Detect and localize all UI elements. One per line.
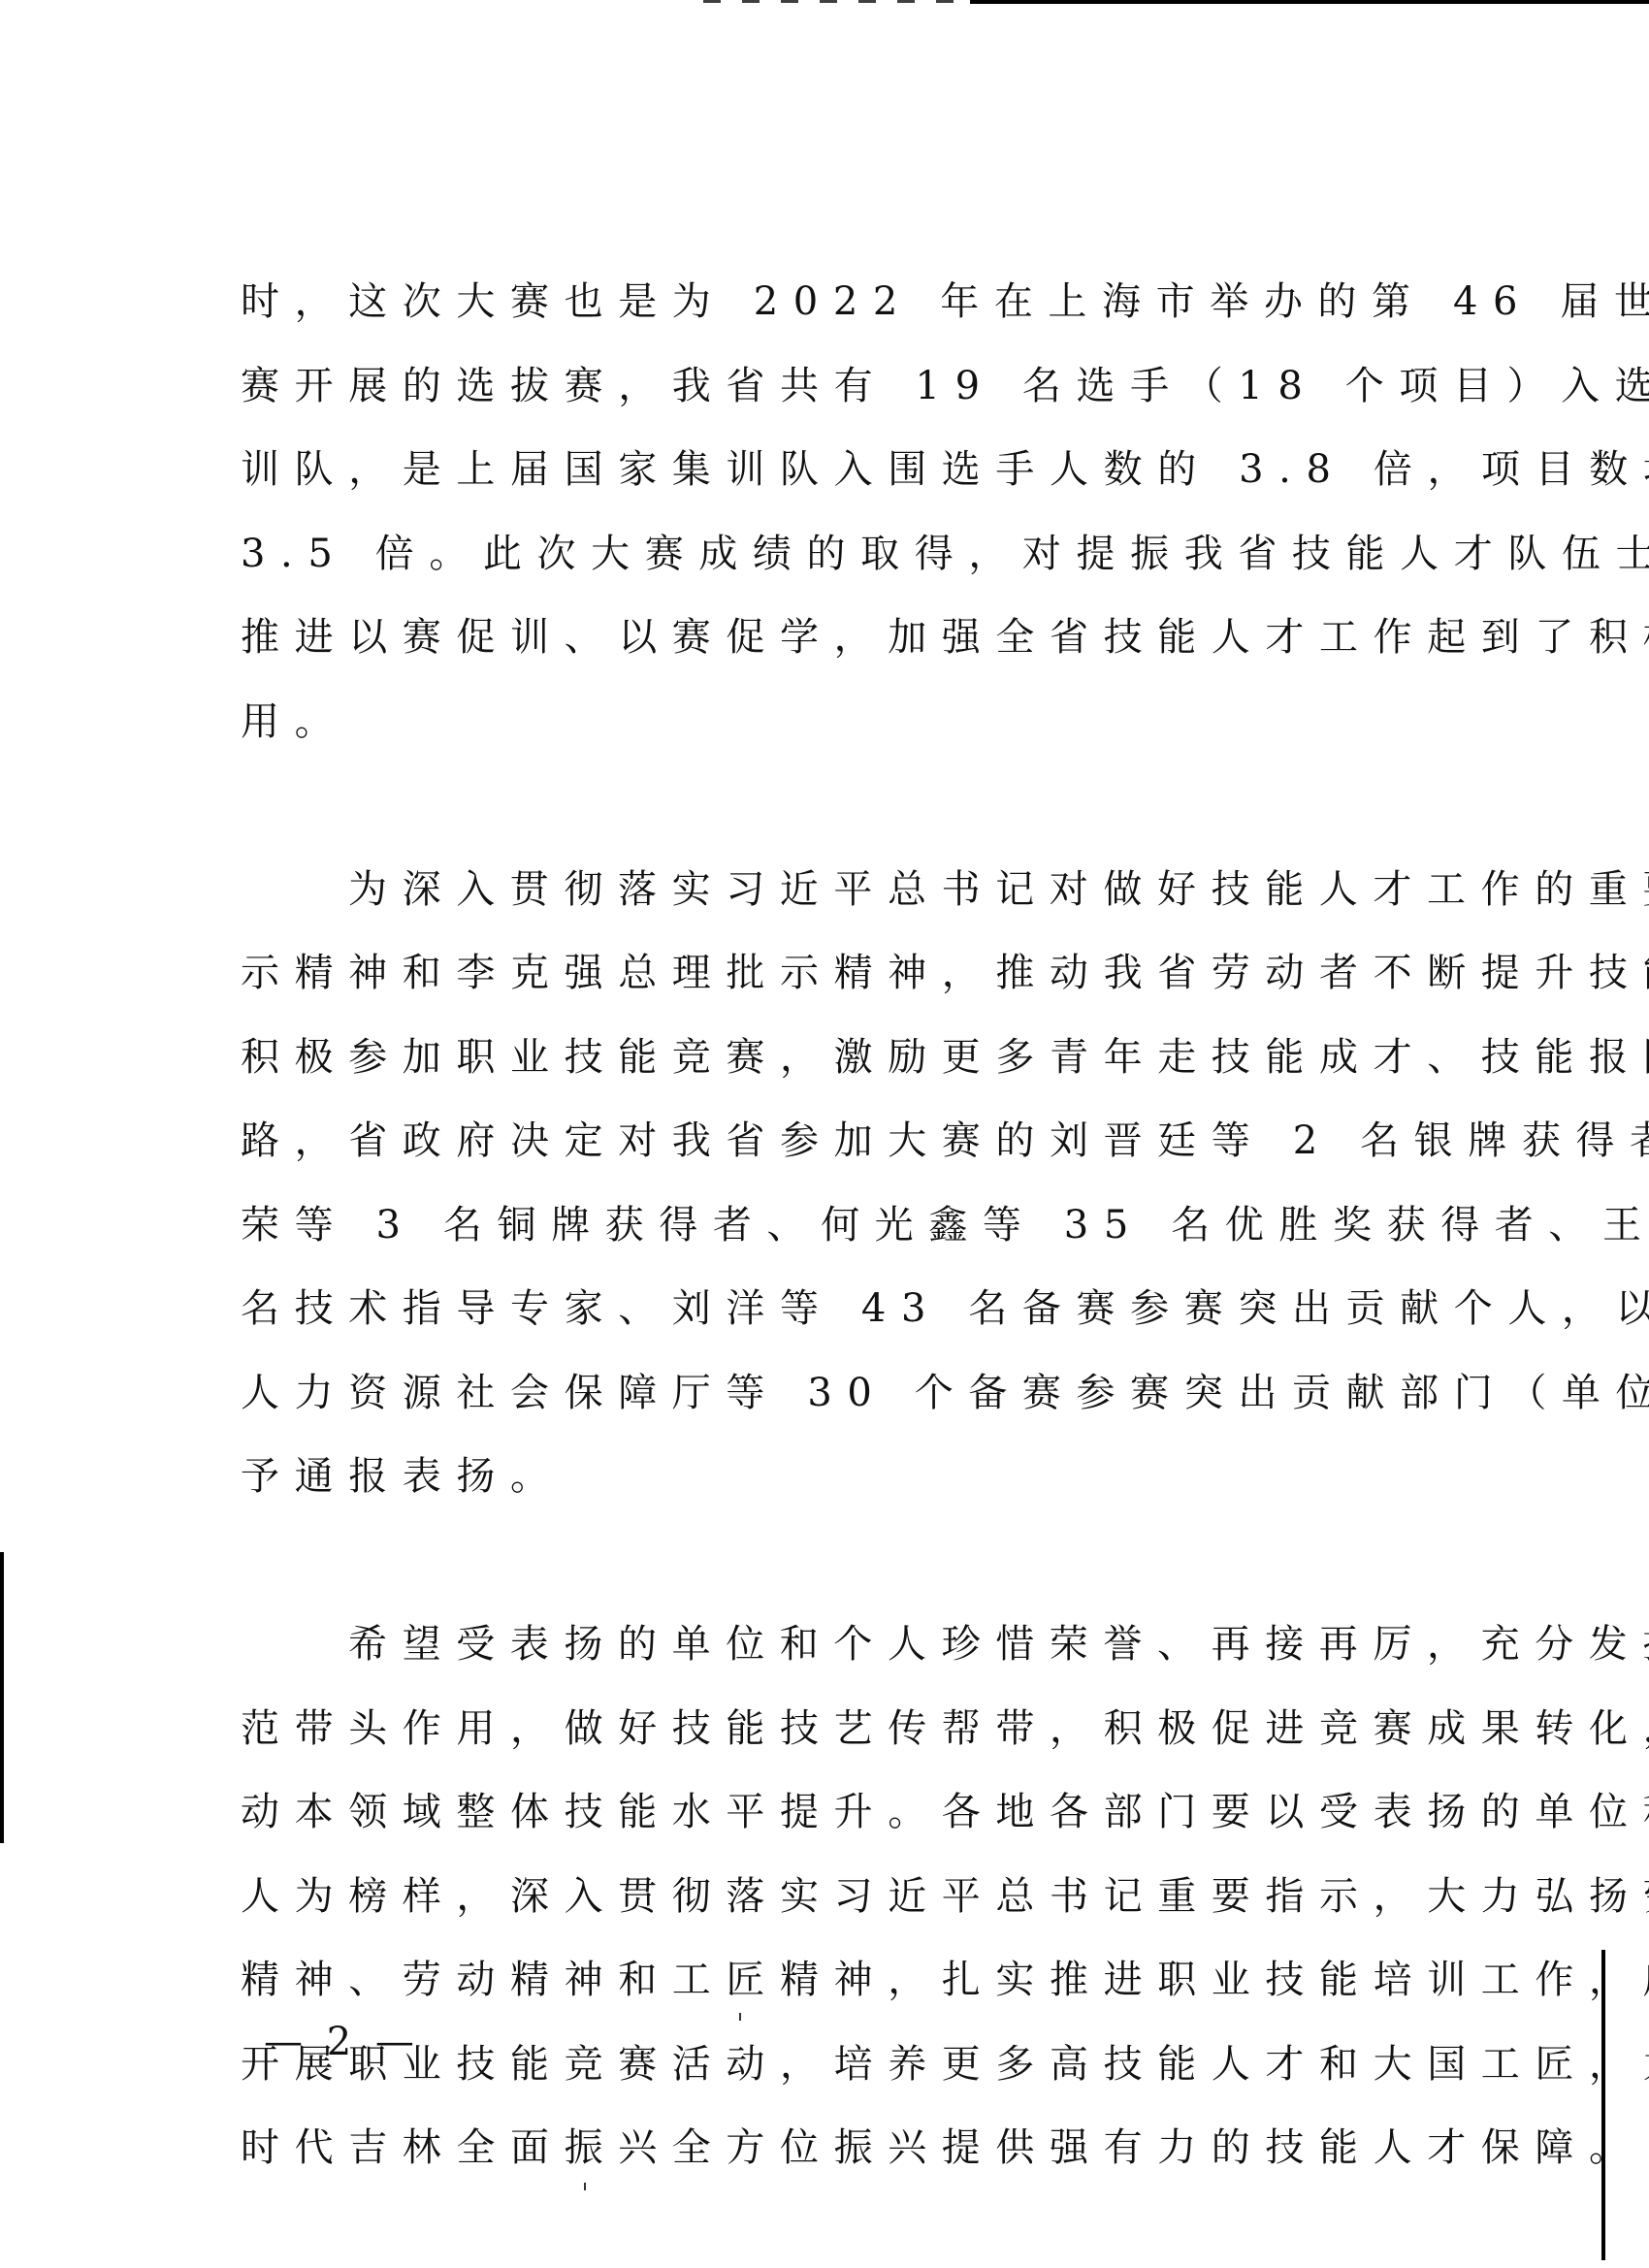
text-line: 推进以赛促训、以赛促学，加强全省技能人才工作起到了积极作 <box>241 596 1436 680</box>
text-line: 训队，是上届国家集训队入围选手人数的 3.8 倍，项目数增加了 <box>241 428 1436 512</box>
paragraph-3: 希望受表扬的单位和个人珍惜荣誉、再接再厉，充分发挥示 范带头作用，做好技能技艺传… <box>241 1603 1436 2190</box>
text-line: 荣等 3 名铜牌获得者、何光鑫等 35 名优胜奖获得者、王壮等 33 <box>241 1183 1436 1268</box>
text-line: 积极参加职业技能竞赛，激励更多青年走技能成才、技能报国之 <box>241 1016 1436 1100</box>
text-line: 人力资源社会保障厅等 30 个备赛参赛突出贡献部门（单位）给 <box>241 1351 1436 1436</box>
document-body: 时，这次大赛也是为 2022 年在上海市举办的第 46 届世界技能大 赛开展的选… <box>241 260 1436 2190</box>
text-line: 赛开展的选拔赛，我省共有 19 名选手（18 个项目）入选国家集 <box>241 344 1436 429</box>
text-line: 为深入贯彻落实习近平总书记对做好技能人才工作的重要指 <box>241 848 1436 932</box>
text-line: 范带头作用，做好技能技艺传帮带，积极促进竞赛成果转化，推 <box>241 1687 1436 1771</box>
paragraph-2: 为深入贯彻落实习近平总书记对做好技能人才工作的重要指 示精神和李克强总理批示精神… <box>241 848 1436 1519</box>
text-line: 予通报表扬。 <box>241 1435 1436 1519</box>
paragraph-1: 时，这次大赛也是为 2022 年在上海市举办的第 46 届世界技能大 赛开展的选… <box>241 260 1436 763</box>
text-line: 名技术指导专家、刘洋等 43 名备赛参赛突出贡献个人，以及省 <box>241 1267 1436 1351</box>
text-line: 时，这次大赛也是为 2022 年在上海市举办的第 46 届世界技能大 <box>241 260 1436 344</box>
text-line: 示精神和李克强总理批示精神，推动我省劳动者不断提升技能、 <box>241 931 1436 1016</box>
text-line: 3.5 倍。此次大赛成绩的取得，对提振我省技能人才队伍士气， <box>241 512 1436 597</box>
scan-artifact-top-bar <box>970 0 1649 4</box>
scan-artifact-left-edge <box>0 1552 4 1843</box>
scan-artifact-top-fragments <box>703 0 970 3</box>
text-line: 路，省政府决定对我省参加大赛的刘晋廷等 2 名银牌获得者、黄 <box>241 1099 1436 1183</box>
text-line: 用。 <box>241 680 1436 764</box>
text-line: 人为榜样，深入贯彻落实习近平总书记重要指示，大力弘扬劳模 <box>241 1855 1436 1939</box>
text-line: 动本领域整体技能水平提升。各地各部门要以受表扬的单位和个 <box>241 1770 1436 1855</box>
page-number: — 2 — <box>264 2020 420 2064</box>
text-line: 时代吉林全面振兴全方位振兴提供强有力的技能人才保障。 <box>241 2106 1436 2190</box>
text-line: 精神、劳动精神和工匠精神，扎实推进职业技能培训工作，广泛 <box>241 1938 1436 2023</box>
text-line: 希望受表扬的单位和个人珍惜荣誉、再接再厉，充分发挥示 <box>241 1603 1436 1687</box>
